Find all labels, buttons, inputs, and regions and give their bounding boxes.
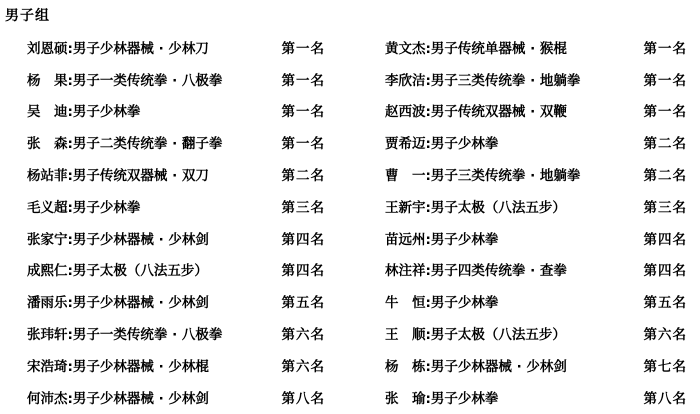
athlete-event-label: 王 顺:男子太极（八法五步） — [385, 323, 566, 343]
athlete-event-label: 张家宁:男子少林器械 · 少林剑 — [27, 228, 209, 248]
rank-label: 第八名 — [644, 387, 688, 407]
athlete-event-label: 张 森:男子二类传统拳 · 翻子拳 — [27, 132, 222, 152]
athlete-event-label: 张 瑜:男子少林拳 — [385, 387, 498, 407]
rank-label: 第一名 — [644, 69, 688, 89]
page-title: 男子组 — [5, 5, 50, 25]
result-row: 张家宁:男子少林器械 · 少林剑 第四名 — [27, 222, 325, 254]
athlete-event-label: 杨 果:男子一类传统拳 · 八极拳 — [27, 69, 222, 89]
athlete-event-label: 潘雨乐:男子少林器械 · 少林剑 — [27, 291, 209, 311]
athlete-event-label: 宋浩琦:男子少林器械 · 少林棍 — [27, 355, 209, 375]
result-row: 张玮轩:男子一类传统拳 · 八极拳 第六名 — [27, 317, 325, 349]
athlete-event-label: 贾希迈:男子少林拳 — [385, 132, 498, 152]
athlete-event-label: 杨 栋:男子少林器械 · 少林剑 — [385, 355, 567, 375]
athlete-event-label: 曹 一:男子三类传统拳 · 地躺拳 — [385, 164, 580, 184]
result-row: 牛 恒:男子少林拳 第五名 — [385, 285, 687, 317]
athlete-event-label: 黄文杰:男子传统单器械 · 猴棍 — [385, 37, 567, 57]
rank-label: 第二名 — [644, 132, 688, 152]
rank-label: 第七名 — [644, 355, 688, 375]
athlete-event-label: 成熙仁:男子太极（八法五步） — [27, 259, 208, 279]
rank-label: 第四名 — [644, 259, 688, 279]
rank-label: 第一名 — [282, 69, 326, 89]
rank-label: 第三名 — [282, 196, 326, 216]
result-row: 曹 一:男子三类传统拳 · 地躺拳 第二名 — [385, 158, 687, 190]
rank-label: 第一名 — [282, 132, 326, 152]
result-row: 何沛杰:男子少林器械 · 少林剑 第八名 — [27, 381, 325, 413]
result-row: 杨站菲:男子传统双器械 · 双刀 第二名 — [27, 158, 325, 190]
rank-label: 第三名 — [644, 196, 688, 216]
result-row: 杨 栋:男子少林器械 · 少林剑 第七名 — [385, 349, 687, 381]
rank-label: 第二名 — [644, 164, 688, 184]
result-row: 潘雨乐:男子少林器械 · 少林剑 第五名 — [27, 285, 325, 317]
result-row: 刘恩硕:男子少林器械 · 少林刀 第一名 — [27, 31, 325, 63]
rank-label: 第一名 — [282, 37, 326, 57]
results-column-right: 黄文杰:男子传统单器械 · 猴棍 第一名 李欣洁:男子三类传统拳 · 地躺拳 第… — [385, 31, 687, 413]
rank-label: 第六名 — [282, 355, 326, 375]
rank-label: 第四名 — [282, 259, 326, 279]
result-row: 黄文杰:男子传统单器械 · 猴棍 第一名 — [385, 31, 687, 63]
result-row: 赵西波:男子传统双器械 · 双鞭 第一名 — [385, 95, 687, 127]
result-row: 王新宇:男子太极（八法五步） 第三名 — [385, 190, 687, 222]
athlete-event-label: 刘恩硕:男子少林器械 · 少林刀 — [27, 37, 209, 57]
rank-label: 第八名 — [282, 387, 326, 407]
rank-label: 第六名 — [644, 323, 688, 343]
result-row: 张 森:男子二类传统拳 · 翻子拳 第一名 — [27, 126, 325, 158]
rank-label: 第一名 — [282, 100, 326, 120]
result-row: 毛义超:男子少林拳 第三名 — [27, 190, 325, 222]
rank-label: 第一名 — [644, 100, 688, 120]
result-row: 吴 迪:男子少林拳 第一名 — [27, 95, 325, 127]
results-column-left: 刘恩硕:男子少林器械 · 少林刀 第一名 杨 果:男子一类传统拳 · 八极拳 第… — [27, 31, 325, 413]
rank-label: 第五名 — [282, 291, 326, 311]
result-row: 苗远州:男子少林拳 第四名 — [385, 222, 687, 254]
rank-label: 第六名 — [282, 323, 326, 343]
athlete-event-label: 赵西波:男子传统双器械 · 双鞭 — [385, 100, 567, 120]
rank-label: 第四名 — [282, 228, 326, 248]
athlete-event-label: 吴 迪:男子少林拳 — [27, 100, 140, 120]
athlete-event-label: 何沛杰:男子少林器械 · 少林剑 — [27, 387, 209, 407]
athlete-event-label: 牛 恒:男子少林拳 — [385, 291, 498, 311]
result-row: 宋浩琦:男子少林器械 · 少林棍 第六名 — [27, 349, 325, 381]
result-row: 李欣洁:男子三类传统拳 · 地躺拳 第一名 — [385, 63, 687, 95]
athlete-event-label: 林注祥:男子四类传统拳 · 查拳 — [385, 259, 567, 279]
result-row: 贾希迈:男子少林拳 第二名 — [385, 126, 687, 158]
athlete-event-label: 张玮轩:男子一类传统拳 · 八极拳 — [27, 323, 222, 343]
athlete-event-label: 苗远州:男子少林拳 — [385, 228, 498, 248]
rank-label: 第二名 — [282, 164, 326, 184]
rank-label: 第五名 — [644, 291, 688, 311]
result-row: 成熙仁:男子太极（八法五步） 第四名 — [27, 254, 325, 286]
athlete-event-label: 毛义超:男子少林拳 — [27, 196, 140, 216]
athlete-event-label: 李欣洁:男子三类传统拳 · 地躺拳 — [385, 69, 580, 89]
rank-label: 第一名 — [644, 37, 688, 57]
athlete-event-label: 杨站菲:男子传统双器械 · 双刀 — [27, 164, 209, 184]
result-row: 张 瑜:男子少林拳 第八名 — [385, 381, 687, 413]
result-row: 林注祥:男子四类传统拳 · 查拳 第四名 — [385, 254, 687, 286]
rank-label: 第四名 — [644, 228, 688, 248]
result-row: 杨 果:男子一类传统拳 · 八极拳 第一名 — [27, 63, 325, 95]
result-row: 王 顺:男子太极（八法五步） 第六名 — [385, 317, 687, 349]
athlete-event-label: 王新宇:男子太极（八法五步） — [385, 196, 566, 216]
results-page: { "page": { "title": "男子组", "background"… — [0, 0, 700, 414]
